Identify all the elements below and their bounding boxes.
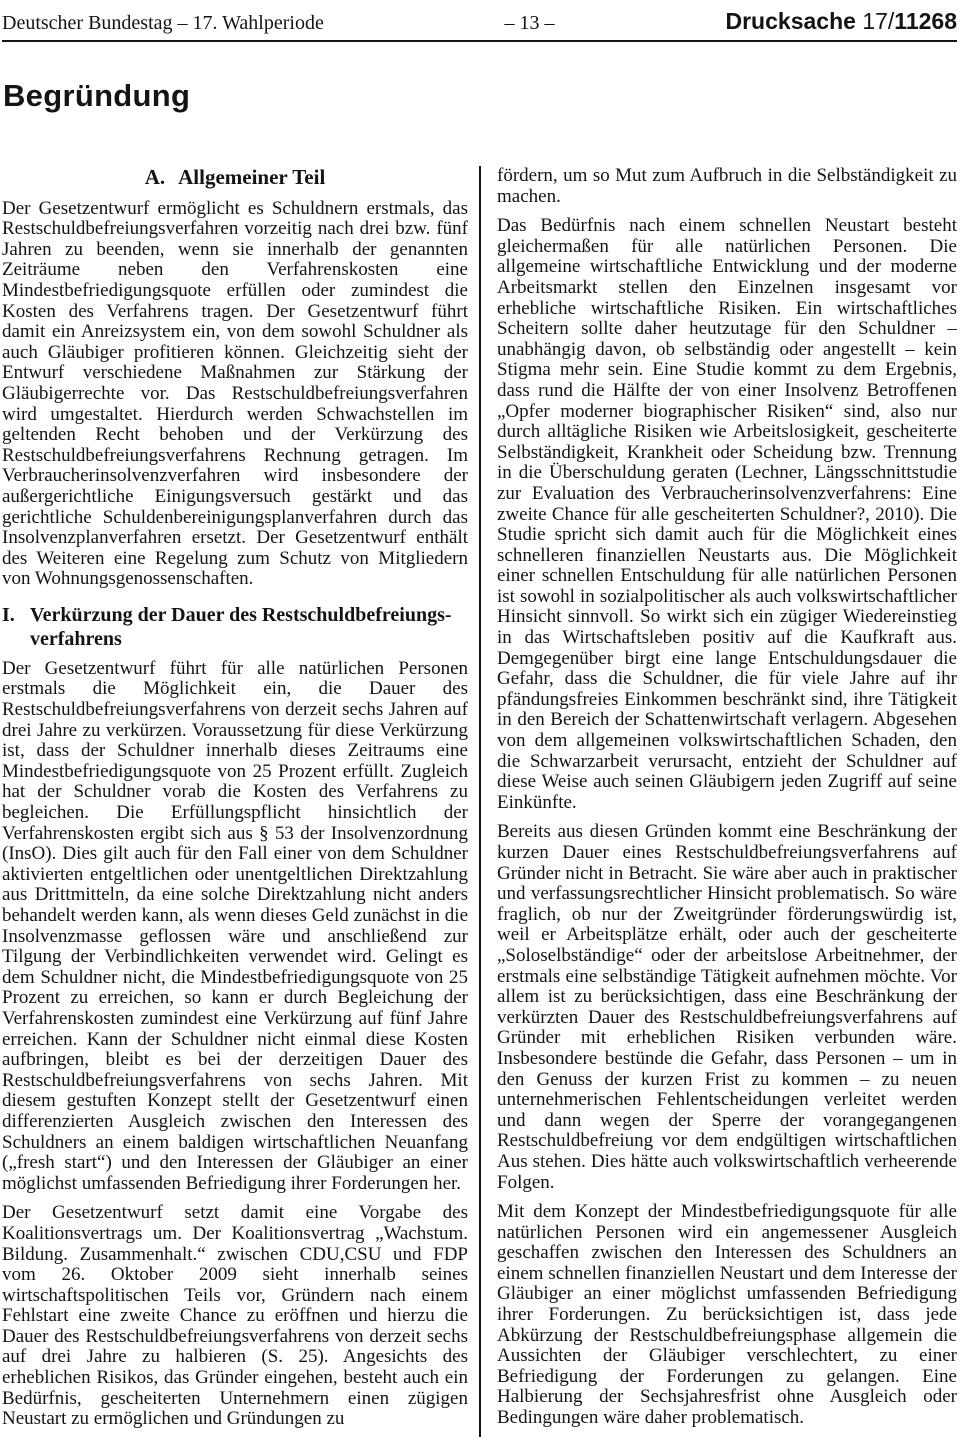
- header-parliament-label: Deutscher Bundestag – 17. Wahlperiode: [2, 12, 402, 35]
- subsection-heading-i-text: Verkürzung der Dauer des Restschuldbefre…: [30, 603, 452, 651]
- subsection-heading-i-line1: Verkürzung der Dauer des Restschuldbefre…: [30, 603, 452, 627]
- document-page: Deutscher Bundestag – 17. Wahlperiode – …: [0, 0, 960, 1437]
- paragraph: Mit dem Konzept der Mindestbefriedigungs…: [497, 1202, 957, 1429]
- paragraph: Das Bedürfnis nach einem schnellen Neust…: [497, 216, 957, 813]
- section-heading-a-text: Allgemeiner Teil: [178, 166, 325, 189]
- header-rule: [2, 40, 957, 42]
- section-heading-a: A.Allgemeiner Teil: [2, 167, 468, 188]
- subsection-heading-i-numeral: I.: [2, 603, 30, 651]
- paragraph: Der Gesetzentwurf setzt damit eine Vorga…: [2, 1203, 468, 1430]
- right-column: fördern, um so Mut zum Aufbruch in die S…: [497, 166, 957, 1437]
- drucksache-number: 11268: [894, 8, 957, 34]
- left-column: A.Allgemeiner Teil Der Gesetzentwurf erm…: [2, 166, 468, 1437]
- running-header: Deutscher Bundestag – 17. Wahlperiode – …: [2, 8, 957, 35]
- drucksache-session: 17/: [862, 8, 894, 34]
- column-divider: [479, 166, 481, 1437]
- subsection-heading-i: I. Verkürzung der Dauer des Restschuldbe…: [2, 603, 468, 651]
- subsection-heading-i-line2: verfahrens: [30, 627, 452, 651]
- paragraph: fördern, um so Mut zum Aufbruch in die S…: [497, 166, 957, 207]
- drucksache-reference: Drucksache 17/11268: [657, 8, 957, 35]
- page-number: – 13 –: [402, 12, 657, 35]
- drucksache-label: Drucksache: [726, 8, 856, 34]
- content-columns: A.Allgemeiner Teil Der Gesetzentwurf erm…: [2, 166, 957, 1437]
- paragraph: Der Gesetzentwurf führt für alle natürli…: [2, 659, 468, 1194]
- paragraph: Bereits aus diesen Gründen kommt eine Be…: [497, 822, 957, 1193]
- section-heading-a-numeral: A.: [145, 166, 165, 189]
- page-title: Begründung: [3, 78, 957, 114]
- paragraph: Der Gesetzentwurf ermöglicht es Schuldne…: [2, 199, 468, 590]
